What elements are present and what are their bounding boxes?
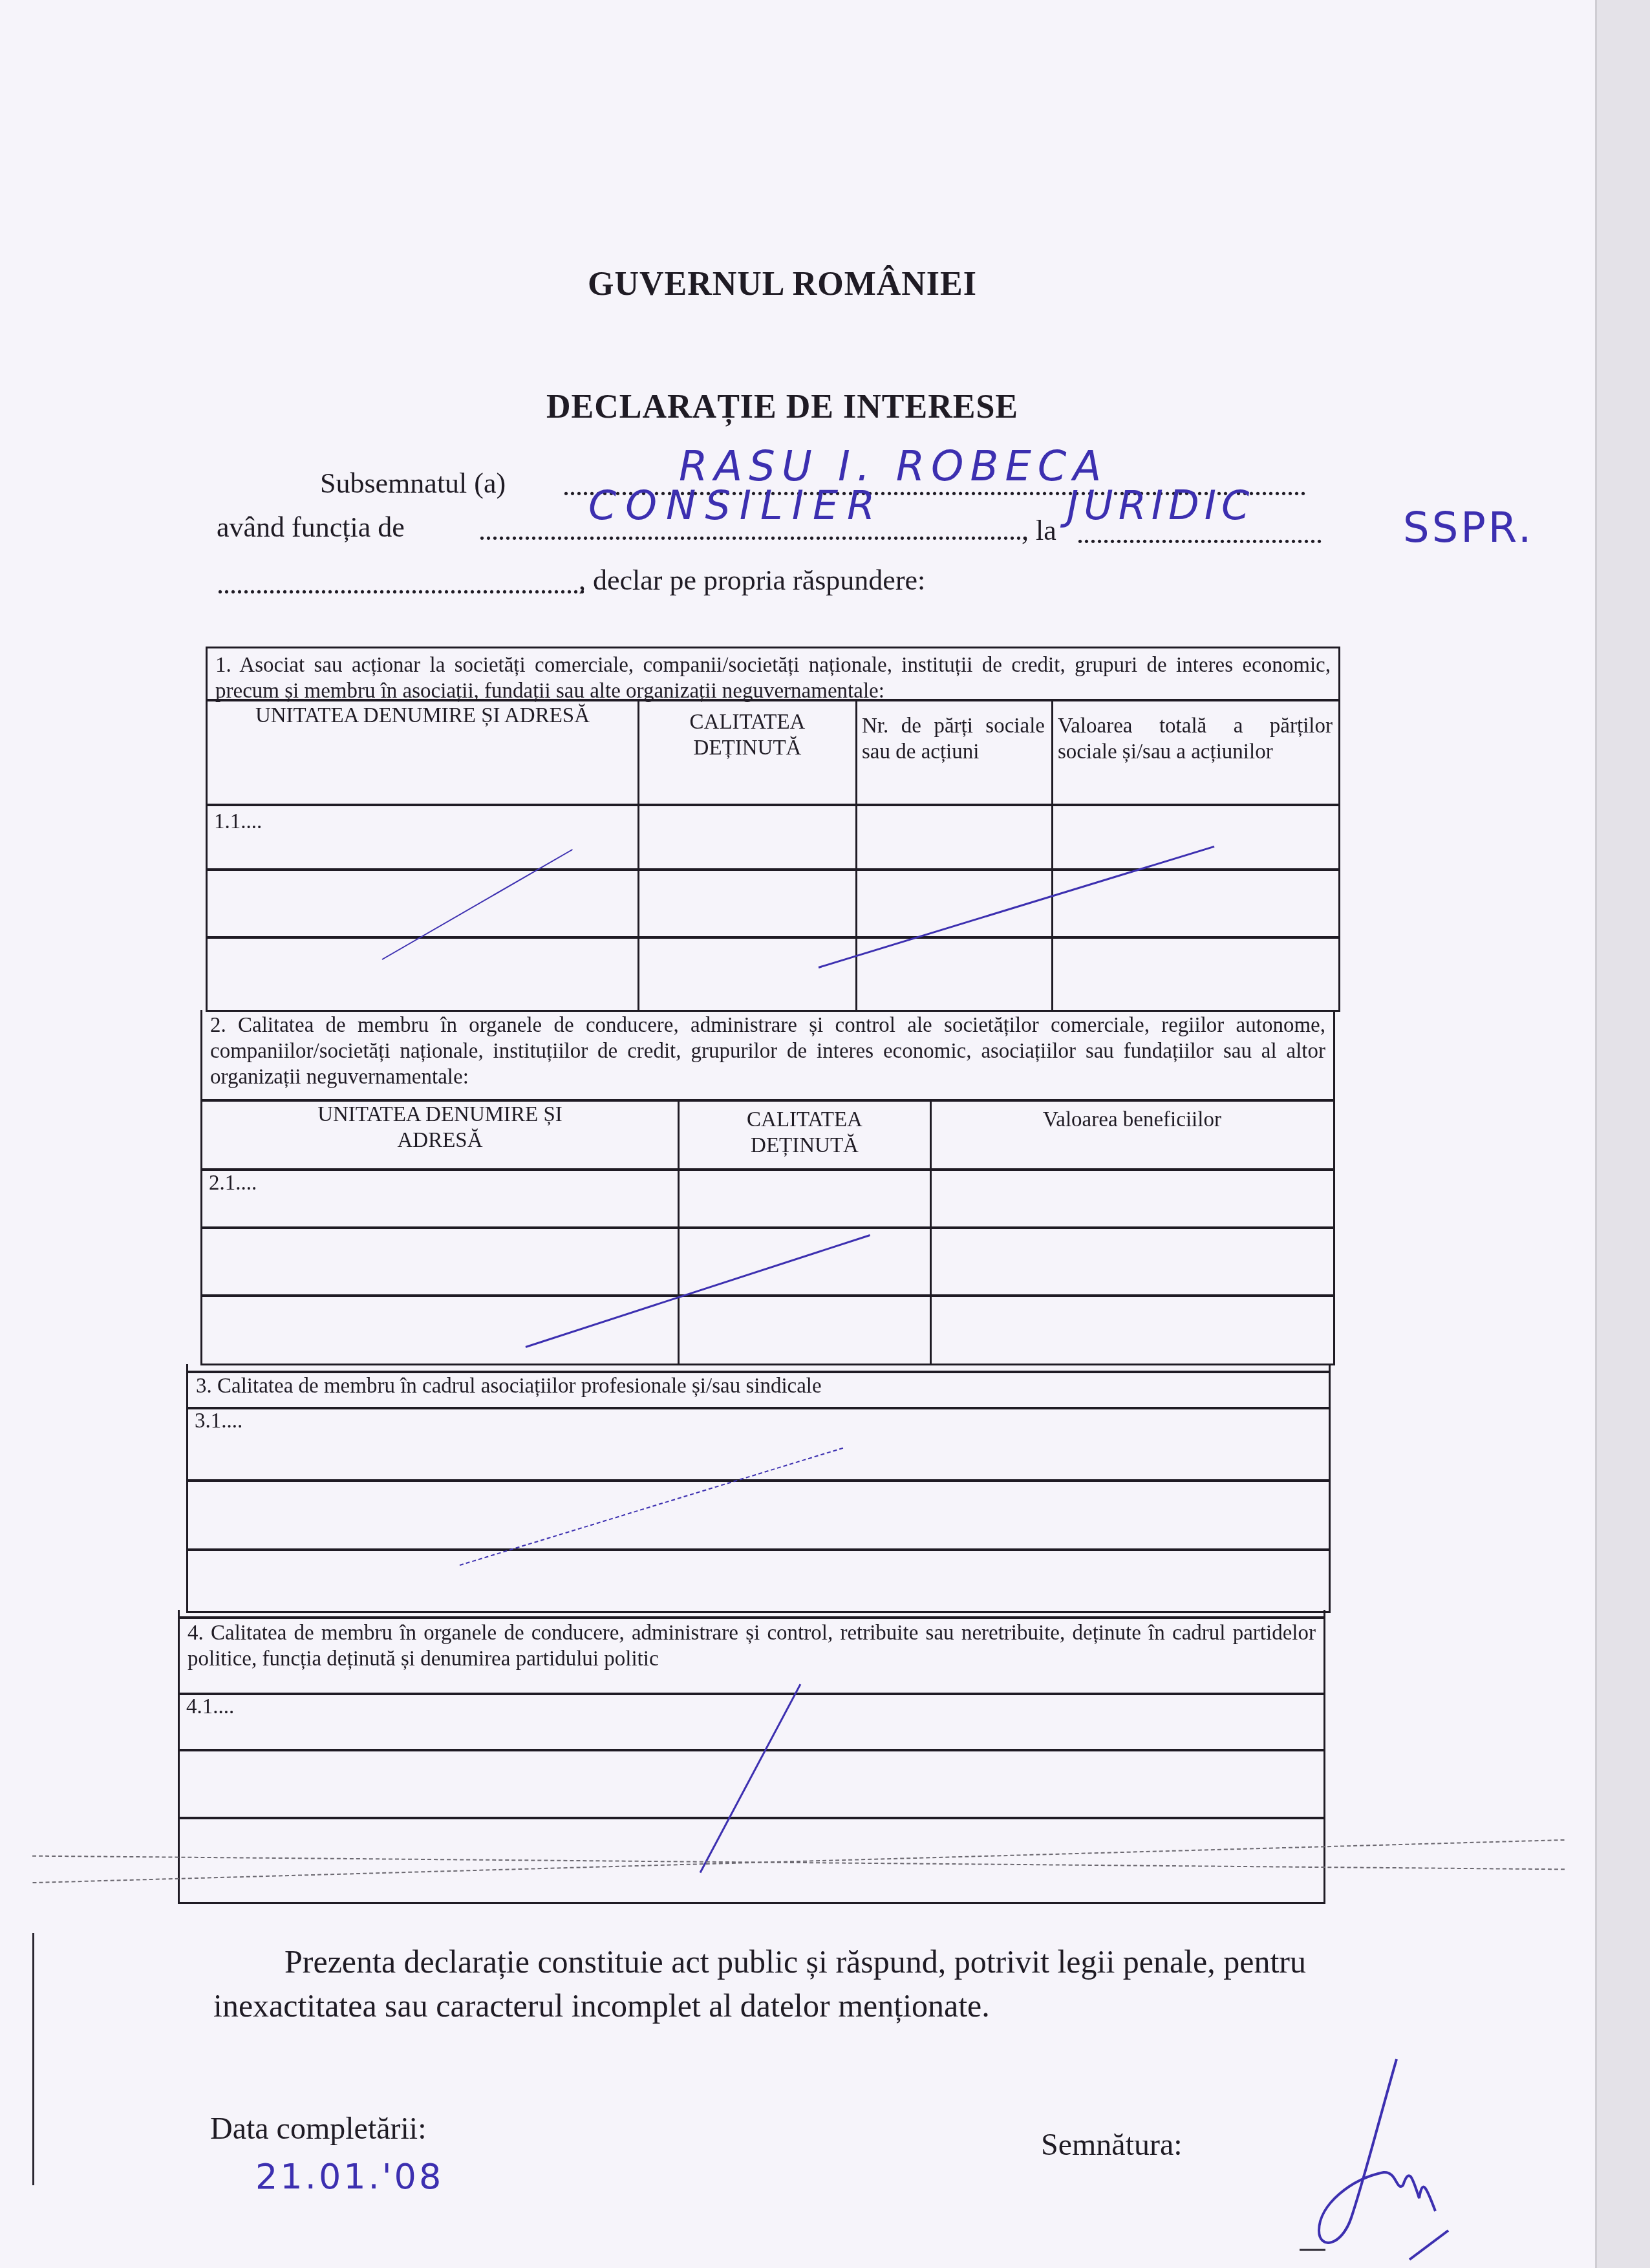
document-title: DECLARAȚIE DE INTERESE bbox=[0, 388, 1565, 426]
col-unitatea: UNITATEA DENUMIRE ȘI ADRESĂ bbox=[202, 1102, 678, 1153]
declar-text: , declar pe propria răspundere: bbox=[579, 564, 925, 597]
margin-handwritten-note: SSPR. bbox=[1403, 504, 1534, 552]
functia-handwritten-value: CONSILIER bbox=[588, 482, 884, 529]
handwritten-signature bbox=[1280, 2049, 1513, 2268]
cancel-stroke bbox=[700, 1684, 802, 1873]
section-3-table: 3. Calitatea de membru în cadrul asociaț… bbox=[186, 1364, 1331, 1613]
date-label: Data completării: bbox=[210, 2111, 427, 2146]
section-3-heading: 3. Calitatea de membru în cadrul asociaț… bbox=[196, 1373, 1321, 1399]
col-calitatea: CALITATEA DEȚINUTĂ bbox=[680, 1107, 930, 1159]
col-valoarea-beneficiilor: Valoarea beneficiilor bbox=[932, 1107, 1333, 1133]
legal-statement: Prezenta declarație constituie act publi… bbox=[213, 1940, 1306, 2027]
functia-label: având funcția de bbox=[217, 511, 405, 544]
signature-label: Semnătura: bbox=[1041, 2127, 1183, 2163]
section-1-heading: 1. Asociat sau acționar la societăți com… bbox=[215, 652, 1331, 704]
section-4-heading: 4. Calitatea de membru în organele de co… bbox=[187, 1620, 1316, 1672]
section-4-table: 4. Calitatea de membru în organele de co… bbox=[178, 1610, 1325, 1904]
row-label-1-1: 1.1.... bbox=[214, 810, 262, 834]
col-calitatea: CALITATEA DEȚINUTĂ bbox=[639, 709, 855, 761]
col-nr-parti: Nr. de părți sociale sau de acțiuni bbox=[862, 713, 1045, 765]
subsemnatul-label: Subsemnatul (a) bbox=[320, 467, 506, 500]
scan-page-edge bbox=[1595, 0, 1650, 2268]
institution-dotted-field[interactable]: ........................................… bbox=[217, 568, 585, 601]
government-heading: GUVERNUL ROMÂNIEI bbox=[0, 265, 1565, 303]
row-label-3-1: 3.1.... bbox=[195, 1409, 242, 1433]
cancel-stroke bbox=[819, 846, 1215, 968]
row-label-2-1: 2.1.... bbox=[209, 1171, 257, 1195]
cancel-stroke bbox=[382, 849, 573, 960]
section-1-table: 1. Asociat sau acționar la societăți com… bbox=[206, 647, 1340, 1012]
col-valoarea: Valoarea totală a părților sociale și/sa… bbox=[1058, 713, 1333, 765]
section-2-heading: 2. Calitatea de membru în organele de co… bbox=[210, 1012, 1325, 1090]
section-2-table: 2. Calitatea de membru în organele de co… bbox=[200, 1010, 1335, 1365]
la-handwritten-value: JURIDIC bbox=[1067, 482, 1254, 529]
col-unitatea: UNITATEA DENUMIRE ȘI ADRESĂ bbox=[208, 703, 637, 729]
row-label-4-1: 4.1.... bbox=[186, 1695, 234, 1719]
date-value: 21.01.'08 bbox=[255, 2156, 444, 2197]
cancel-stroke bbox=[526, 1234, 871, 1348]
la-label: , la bbox=[1022, 514, 1056, 547]
margin-line bbox=[32, 1933, 34, 2185]
